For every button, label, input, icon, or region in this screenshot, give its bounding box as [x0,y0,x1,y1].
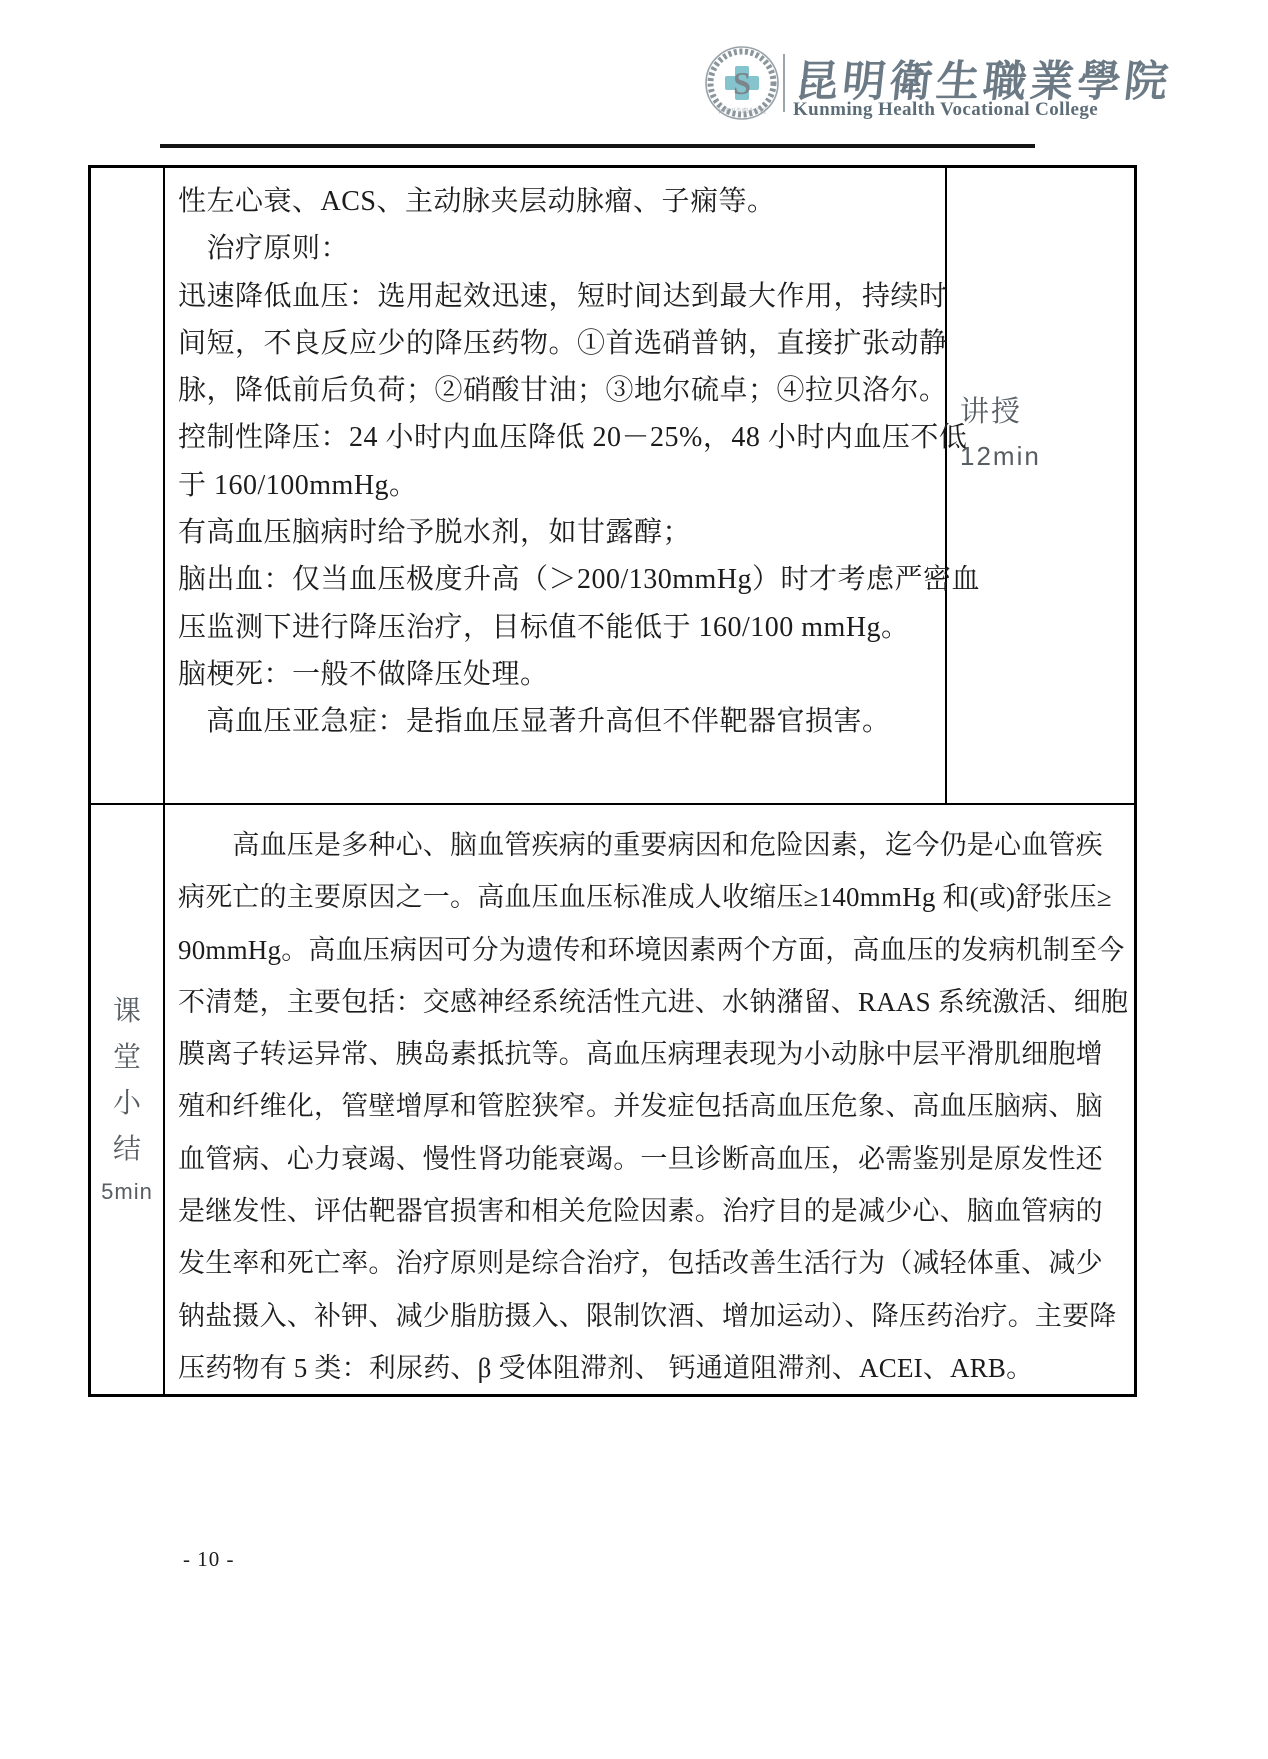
content-line: 压监测下进行降压治疗，目标值不能低于 160/100 mmHg。 [178,604,937,651]
summary-line: 膜离子转运异常、胰岛素抵抗等。高血压病理表现为小动脉中层平滑肌细胞增 [178,1028,1124,1080]
summary-line: 钠盐摄入、补钾、减少脂肪摄入、限制饮酒、增加运动）、降压药治疗。主要降 [178,1290,1124,1342]
content-line: 性左心衰、ACS、主动脉夹层动脉瘤、子痫等。 [178,178,937,225]
header-underline [160,144,1035,148]
document-page: S 昆明卫生职业学院 昆明衛生職業學院 Kunming Health Vocat… [0,0,1268,1759]
svg-text:S: S [733,65,751,101]
row1-content-cell: 性左心衰、ACS、主动脉夹层动脉瘤、子痫等。 治疗原则： 迅速降低血压：选用起效… [165,168,947,805]
college-name-zh: 昆明衛生職業學院 [793,48,1268,106]
summary-content-cell: 高血压是多种心、脑血管疾病的重要病因和危险因素，迄今仍是心血管疾 病死亡的主要原… [165,805,1134,1394]
college-name-en: Kunming Health Vocational College [793,99,1263,121]
summary-label-char: 结 [113,1126,141,1172]
content-line: 迅速降低血压：选用起效迅速，短时间达到最大作用，持续时 [178,273,937,320]
content-line: 治疗原则： [178,225,937,272]
summary-line: 压药物有 5 类：利尿药、β 受体阻滞剂、 钙通道阻滞剂、ACEI、ARB。 [178,1342,1124,1394]
row1-label-cell-empty [91,168,165,805]
summary-line: 是继发性、评估靶器官损害和相关危险因素。治疗目的是减少心、脑血管病的 [178,1185,1124,1237]
method-label: 讲授 [960,390,1128,434]
summary-line: 病死亡的主要原因之一。高血压血压标准成人收缩压≥140mmHg 和(或)舒张压≥ [178,871,1124,923]
summary-label-char: 小 [113,1080,141,1126]
summary-line: 不清楚，主要包括：交感神经系统活性亢进、水钠潴留、RAAS 系统激活、细胞 [178,976,1124,1028]
teaching-method-cell: 讲授 12min [947,168,1134,805]
lesson-plan-table: 性左心衰、ACS、主动脉夹层动脉瘤、子痫等。 治疗原则： 迅速降低血压：选用起效… [88,165,1137,1397]
summary-line: 殖和纤维化，管壁增厚和管腔狭窄。并发症包括高血压危象、高血压脑病、脑 [178,1080,1124,1132]
summary-label-cell: 课 堂 小 结 5min [91,805,165,1394]
summary-duration: 5min [101,1172,153,1212]
content-line: 脑出血：仅当血压极度升高（＞200/130mmHg）时才考虑严密血 [178,556,937,603]
summary-label-char: 课 [113,988,141,1034]
college-seal-icon: S 昆明卫生职业学院 [704,45,780,121]
summary-line: 高血压是多种心、脑血管疾病的重要病因和危险因素，迄今仍是心血管疾 [178,819,1124,871]
summary-line: 血管病、心力衰竭、慢性肾功能衰竭。一旦诊断高血压，必需鉴别是原发性还 [178,1133,1124,1185]
summary-label-char: 堂 [113,1034,141,1080]
content-line: 有高血压脑病时给予脱水剂，如甘露醇； [178,509,937,556]
page-header: S 昆明卫生职业学院 昆明衛生職業學院 Kunming Health Vocat… [0,0,1268,150]
content-line: 脑梗死：一般不做降压处理。 [178,651,937,698]
page-number: - 10 - [183,1547,235,1572]
logo-divider [783,54,785,112]
method-duration: 12min [960,434,1128,478]
content-line: 间短，不良反应少的降压药物。①首选硝普钠，直接扩张动静 [178,320,937,367]
seal-ring-text: 昆明卫生职业学院 [718,107,766,115]
content-line: 控制性降压：24 小时内血压降低 20－25%，48 小时内血压不低 [178,414,937,461]
content-line: 脉，降低前后负荷；②硝酸甘油；③地尔硫卓；④拉贝洛尔。 [178,367,937,414]
summary-line: 发生率和死亡率。治疗原则是综合治疗，包括改善生活行为（减轻体重、减少 [178,1237,1124,1289]
content-line: 高血压亚急症：是指血压显著升高但不伴靶器官损害。 [178,698,937,745]
summary-line: 90mmHg。高血压病因可分为遗传和环境因素两个方面，高血压的发病机制至今 [178,924,1124,976]
content-line: 于 160/100mmHg。 [178,462,937,509]
